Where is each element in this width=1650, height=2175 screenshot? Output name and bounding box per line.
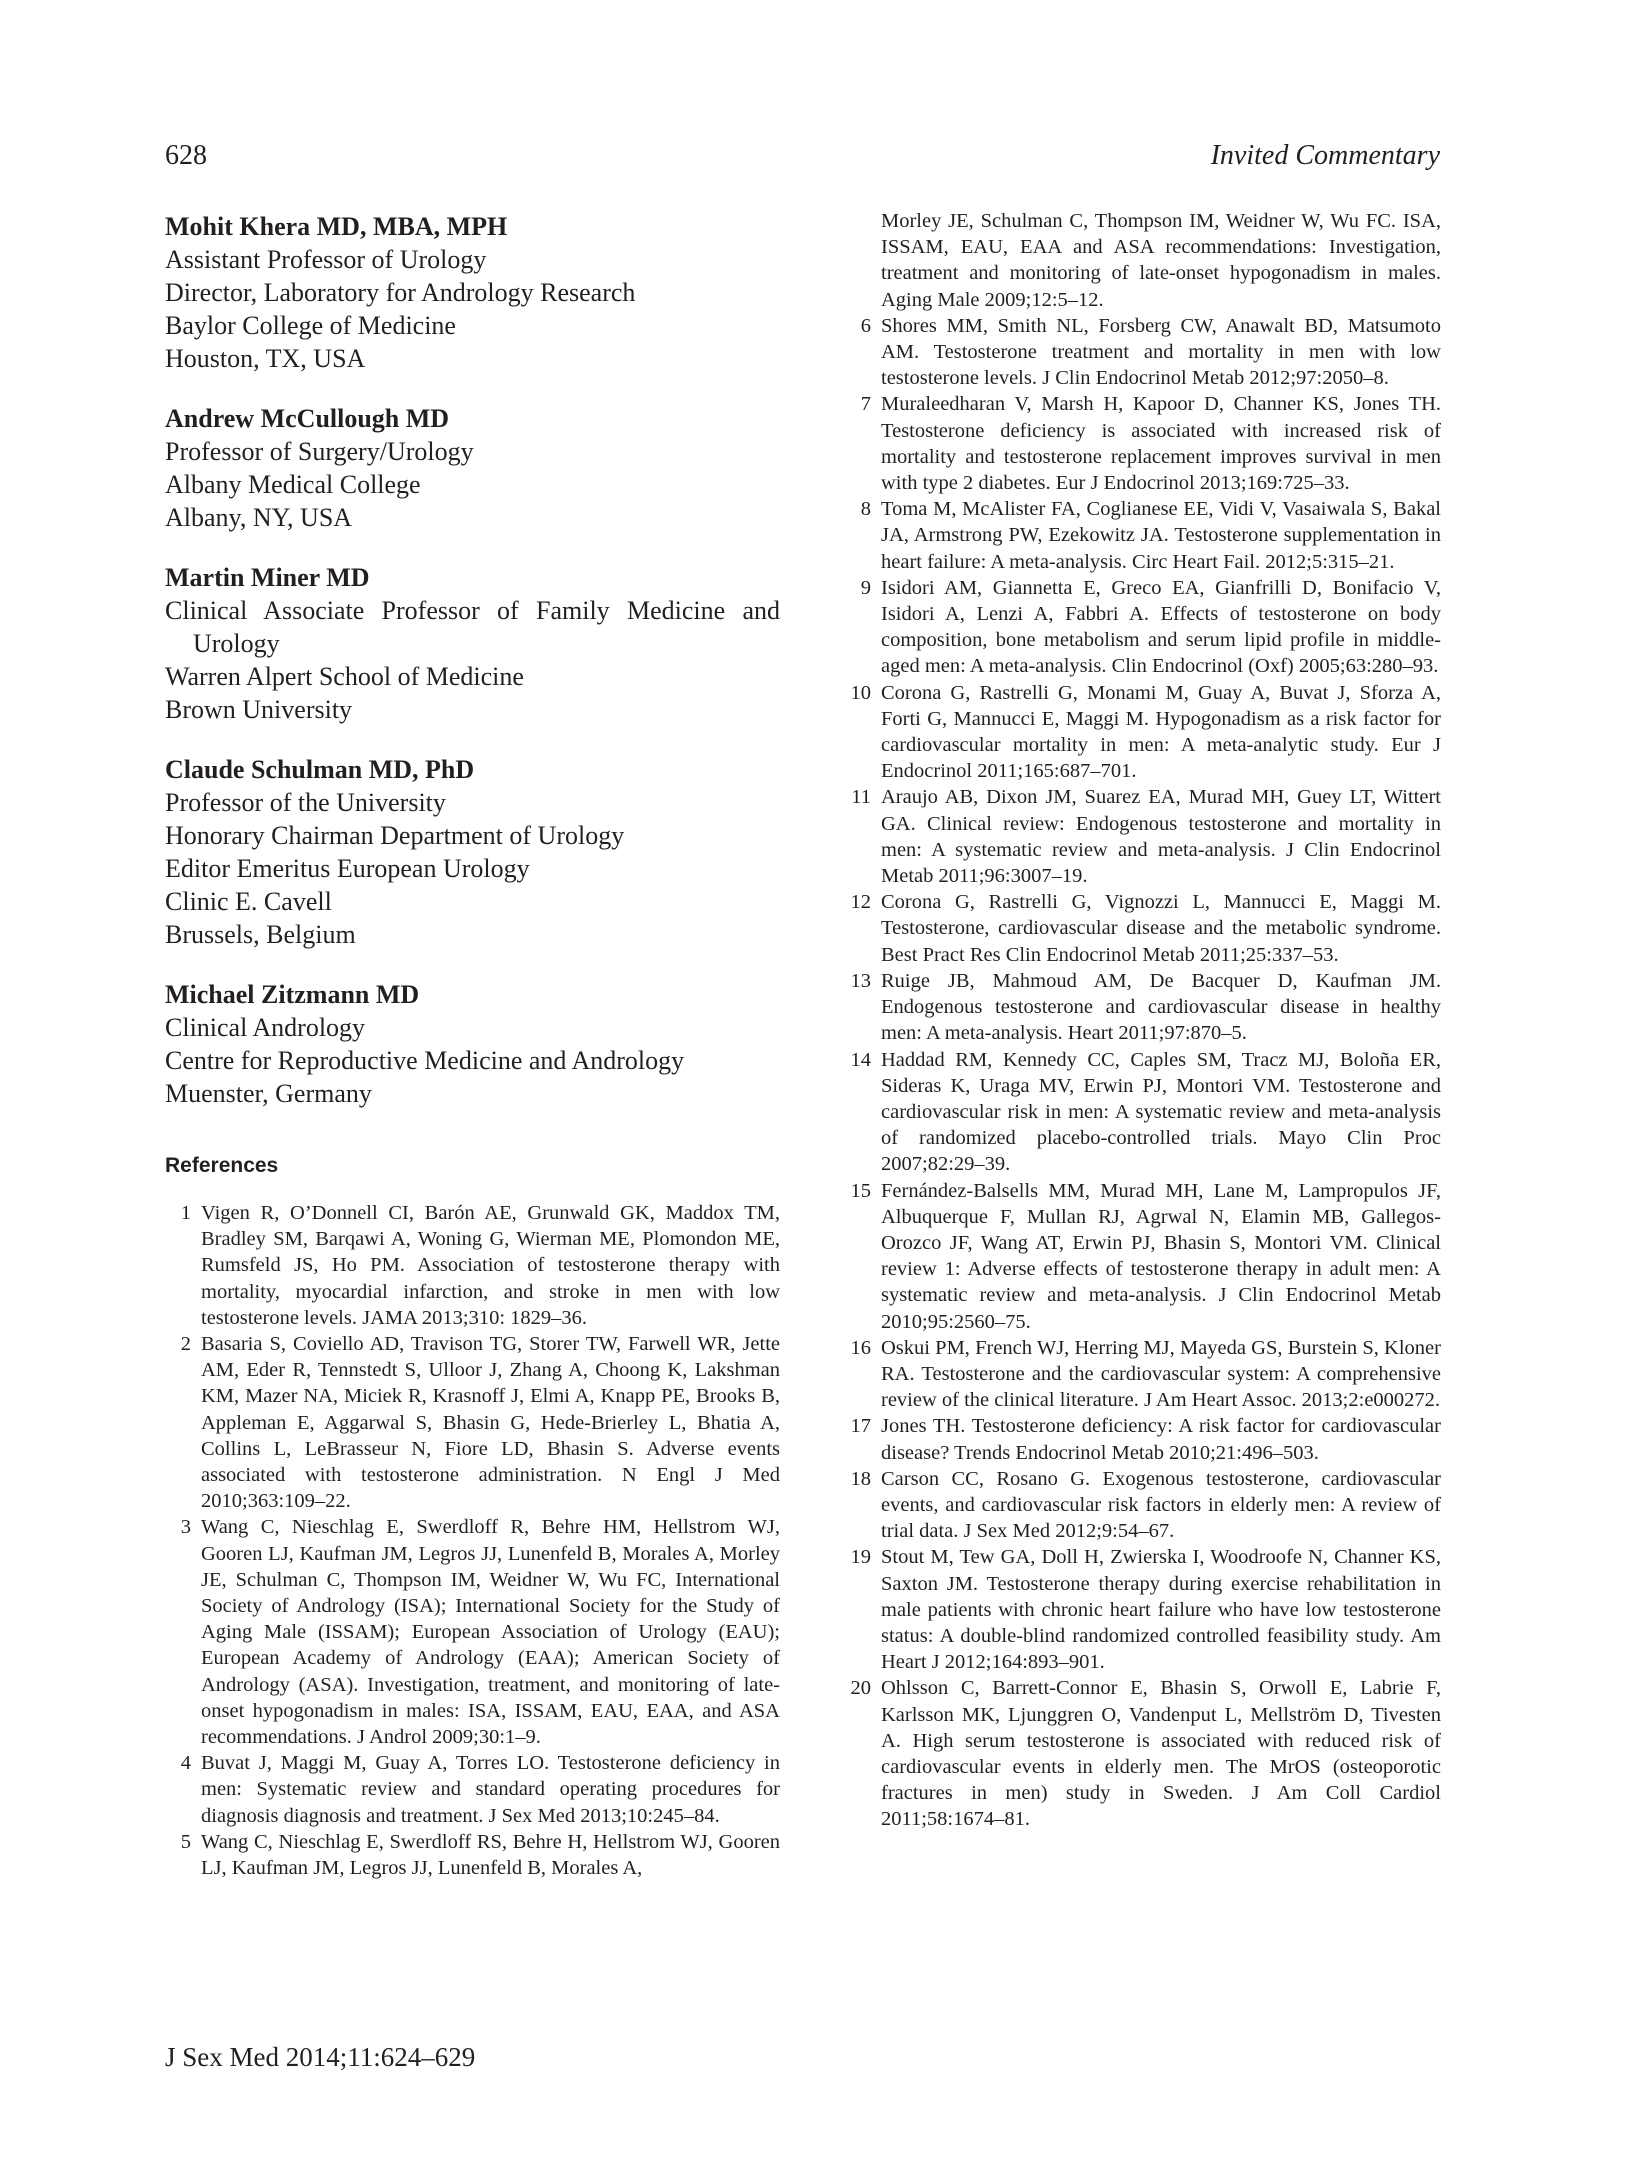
reference-item: 6 Shores MM, Smith NL, Forsberg CW, Anaw… bbox=[845, 313, 1441, 392]
reference-number: 19 bbox=[845, 1544, 881, 1675]
reference-text: Stout M, Tew GA, Doll H, Zwierska I, Woo… bbox=[881, 1544, 1441, 1675]
reference-item: 12 Corona G, Rastrelli G, Vignozzi L, Ma… bbox=[845, 889, 1441, 968]
reference-number: 8 bbox=[845, 496, 881, 575]
reference-text: Toma M, McAlister FA, Coglianese EE, Vid… bbox=[881, 496, 1441, 575]
author-affiliation: Clinical Andrology bbox=[165, 1011, 780, 1044]
reference-text: Ohlsson C, Barrett-Connor E, Bhasin S, O… bbox=[881, 1675, 1441, 1832]
reference-number: 10 bbox=[845, 680, 881, 785]
reference-item: 19 Stout M, Tew GA, Doll H, Zwierska I, … bbox=[845, 1544, 1441, 1675]
reference-item: 18 Carson CC, Rosano G. Exogenous testos… bbox=[845, 1466, 1441, 1545]
author-affiliation: Director, Laboratory for Andrology Resea… bbox=[165, 276, 780, 309]
author-affiliation: Editor Emeritus European Urology bbox=[165, 852, 780, 885]
reference-item: 20 Ohlsson C, Barrett-Connor E, Bhasin S… bbox=[845, 1675, 1441, 1832]
page-number: 628 bbox=[165, 140, 207, 172]
author-affiliation: Brussels, Belgium bbox=[165, 918, 780, 951]
reference-number: 5 bbox=[165, 1829, 201, 1881]
reference-item: 10 Corona G, Rastrelli G, Monami M, Guay… bbox=[845, 680, 1441, 785]
reference-text: Basaria S, Coviello AD, Travison TG, Sto… bbox=[201, 1331, 780, 1514]
reference-text: Corona G, Rastrelli G, Monami M, Guay A,… bbox=[881, 680, 1441, 785]
reference-number: 12 bbox=[845, 889, 881, 968]
author-block: Michael Zitzmann MD Clinical Andrology C… bbox=[165, 978, 780, 1110]
reference-item: 5 Wang C, Nieschlag E, Swerdloff RS, Beh… bbox=[165, 1829, 780, 1881]
author-block: Martin Miner MD Clinical Associate Profe… bbox=[165, 561, 780, 726]
reference-text: Vigen R, O’Donnell CI, Barón AE, Grunwal… bbox=[201, 1200, 780, 1331]
reference-number: 16 bbox=[845, 1335, 881, 1414]
reference-number: 20 bbox=[845, 1675, 881, 1832]
reference-item: 16 Oskui PM, French WJ, Herring MJ, Maye… bbox=[845, 1335, 1441, 1414]
author-affiliation: Clinic E. Cavell bbox=[165, 885, 780, 918]
reference-text: Jones TH. Testosterone deficiency: A ris… bbox=[881, 1413, 1441, 1465]
reference-number: 15 bbox=[845, 1178, 881, 1335]
left-column: Mohit Khera MD, MBA, MPH Assistant Profe… bbox=[165, 210, 780, 1881]
references-heading: References bbox=[165, 1154, 780, 1178]
author-affiliation: Professor of the University bbox=[165, 786, 780, 819]
reference-item: 13 Ruige JB, Mahmoud AM, De Bacquer D, K… bbox=[845, 968, 1441, 1047]
author-block: Andrew McCullough MD Professor of Surger… bbox=[165, 402, 780, 534]
reference-item: 4 Buvat J, Maggi M, Guay A, Torres LO. T… bbox=[165, 1750, 780, 1829]
author-affiliation: Brown University bbox=[165, 693, 780, 726]
author-affiliation: Professor of Surgery/Urology bbox=[165, 435, 780, 468]
reference-text: Shores MM, Smith NL, Forsberg CW, Anawal… bbox=[881, 313, 1441, 392]
author-affiliation: Albany, NY, USA bbox=[165, 501, 780, 534]
author-affiliation: Centre for Reproductive Medicine and And… bbox=[165, 1044, 780, 1077]
reference-text: Morley JE, Schulman C, Thompson IM, Weid… bbox=[881, 208, 1441, 313]
reference-item: 3 Wang C, Nieschlag E, Swerdloff R, Behr… bbox=[165, 1514, 780, 1750]
author-affiliation: Warren Alpert School of Medicine bbox=[165, 660, 780, 693]
reference-text: Oskui PM, French WJ, Herring MJ, Mayeda … bbox=[881, 1335, 1441, 1414]
author-block: Claude Schulman MD, PhD Professor of the… bbox=[165, 753, 780, 951]
reference-number: 11 bbox=[845, 784, 881, 889]
reference-number: 17 bbox=[845, 1413, 881, 1465]
right-column: 5 Morley JE, Schulman C, Thompson IM, We… bbox=[845, 208, 1441, 1833]
author-name: Martin Miner MD bbox=[165, 561, 780, 594]
reference-text: Isidori AM, Giannetta E, Greco EA, Gianf… bbox=[881, 575, 1441, 680]
reference-text: Muraleedharan V, Marsh H, Kapoor D, Chan… bbox=[881, 391, 1441, 496]
reference-number: 6 bbox=[845, 313, 881, 392]
reference-text: Corona G, Rastrelli G, Vignozzi L, Mannu… bbox=[881, 889, 1441, 968]
author-name: Claude Schulman MD, PhD bbox=[165, 753, 780, 786]
reference-item: 2 Basaria S, Coviello AD, Travison TG, S… bbox=[165, 1331, 780, 1514]
author-name: Michael Zitzmann MD bbox=[165, 978, 780, 1011]
author-affiliation: Clinical Associate Professor of Family M… bbox=[165, 594, 780, 660]
author-affiliation: Albany Medical College bbox=[165, 468, 780, 501]
reference-item: 8 Toma M, McAlister FA, Coglianese EE, V… bbox=[845, 496, 1441, 575]
reference-text: Wang C, Nieschlag E, Swerdloff R, Behre … bbox=[201, 1514, 780, 1750]
reference-number: 4 bbox=[165, 1750, 201, 1829]
reference-item: 14 Haddad RM, Kennedy CC, Caples SM, Tra… bbox=[845, 1047, 1441, 1178]
reference-item: 17 Jones TH. Testosterone deficiency: A … bbox=[845, 1413, 1441, 1465]
reference-text: Haddad RM, Kennedy CC, Caples SM, Tracz … bbox=[881, 1047, 1441, 1178]
reference-item-continued: 5 Morley JE, Schulman C, Thompson IM, We… bbox=[845, 208, 1441, 313]
reference-number: 3 bbox=[165, 1514, 201, 1750]
reference-text: Buvat J, Maggi M, Guay A, Torres LO. Tes… bbox=[201, 1750, 780, 1829]
author-name: Mohit Khera MD, MBA, MPH bbox=[165, 210, 780, 243]
author-affiliation: Muenster, Germany bbox=[165, 1077, 780, 1110]
reference-item: 9 Isidori AM, Giannetta E, Greco EA, Gia… bbox=[845, 575, 1441, 680]
reference-item: 11 Araujo AB, Dixon JM, Suarez EA, Murad… bbox=[845, 784, 1441, 889]
author-block: Mohit Khera MD, MBA, MPH Assistant Profe… bbox=[165, 210, 780, 375]
reference-number: 18 bbox=[845, 1466, 881, 1545]
reference-number: 7 bbox=[845, 391, 881, 496]
reference-text: Ruige JB, Mahmoud AM, De Bacquer D, Kauf… bbox=[881, 968, 1441, 1047]
running-head: Invited Commentary bbox=[1211, 140, 1440, 172]
reference-text: Carson CC, Rosano G. Exogenous testoster… bbox=[881, 1466, 1441, 1545]
reference-text: Fernández-Balsells MM, Murad MH, Lane M,… bbox=[881, 1178, 1441, 1335]
reference-item: 15 Fernández-Balsells MM, Murad MH, Lane… bbox=[845, 1178, 1441, 1335]
author-affiliation: Honorary Chairman Department of Urology bbox=[165, 819, 780, 852]
reference-number: 2 bbox=[165, 1331, 201, 1514]
reference-text: Wang C, Nieschlag E, Swerdloff RS, Behre… bbox=[201, 1829, 780, 1881]
author-affiliation: Houston, TX, USA bbox=[165, 342, 780, 375]
reference-item: 1 Vigen R, O’Donnell CI, Barón AE, Grunw… bbox=[165, 1200, 780, 1331]
author-affiliation: Baylor College of Medicine bbox=[165, 309, 780, 342]
reference-number: 9 bbox=[845, 575, 881, 680]
reference-number: 14 bbox=[845, 1047, 881, 1178]
author-affiliation: Assistant Professor of Urology bbox=[165, 243, 780, 276]
author-name: Andrew McCullough MD bbox=[165, 402, 780, 435]
reference-item: 7 Muraleedharan V, Marsh H, Kapoor D, Ch… bbox=[845, 391, 1441, 496]
journal-citation-footer: J Sex Med 2014;11:624–629 bbox=[165, 2042, 475, 2073]
reference-number: 1 bbox=[165, 1200, 201, 1331]
reference-text: Araujo AB, Dixon JM, Suarez EA, Murad MH… bbox=[881, 784, 1441, 889]
reference-number: 13 bbox=[845, 968, 881, 1047]
